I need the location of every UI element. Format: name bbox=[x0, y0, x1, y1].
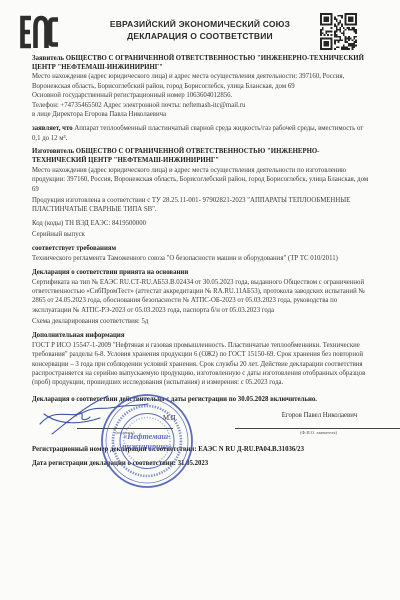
applicant-person: в лице Директора Егорова Павла Николаеви… bbox=[32, 110, 370, 119]
serial-issue: Серийный выпуск bbox=[32, 230, 370, 239]
signee-line bbox=[235, 428, 400, 429]
declares-paragraph: заявляет, что Аппарат теплообменный плас… bbox=[32, 124, 370, 143]
eac-logo-icon bbox=[18, 14, 60, 52]
declaration-document: ЕВРАЗИЙСКИЙ ЭКОНОМИЧЕСКИЙ СОЮЗ ДЕКЛАРАЦИ… bbox=[0, 0, 400, 600]
applicant-address: Место нахождения (адрес юридического лиц… bbox=[32, 72, 370, 91]
page-title: ДЕКЛАРАЦИЯ О СООТВЕТСТВИИ bbox=[64, 30, 336, 42]
scheme: Схема декларирования соответствия: 5д bbox=[32, 317, 370, 326]
product-description: Аппарат теплообменный пластинчатый сварн… bbox=[32, 125, 363, 141]
applicant-name: ОБЩЕСТВО С ОГРАНИЧЕННОЙ ОТВЕТСТВЕННОСТЬЮ… bbox=[32, 55, 364, 71]
manufacturer-name: ОБЩЕСТВО С ОГРАНИЧЕННОЙ ОТВЕТСТВЕННОСТЬЮ… bbox=[32, 148, 319, 164]
applicant-label: Заявитель bbox=[32, 55, 64, 62]
manufacturer-paragraph: Изготовитель ОБЩЕСТВО С ОГРАНИЧЕННОЙ ОТВ… bbox=[32, 147, 370, 166]
signee-name: Егоров Павел Николаевич bbox=[237, 411, 400, 420]
signature-block: М.П. (подпись) Егоров Павел Николаевич (… bbox=[32, 406, 370, 442]
signature-caption: (подпись) bbox=[82, 430, 168, 436]
mp-label: М.П. bbox=[163, 414, 177, 423]
conforms-text: Технического регламента Таможенного союз… bbox=[32, 254, 370, 263]
document-header: ЕВРАЗИЙСКИЙ ЭКОНОМИЧЕСКИЙ СОЮЗ ДЕКЛАРАЦИ… bbox=[64, 0, 336, 43]
validity-statement: Декларация о соответствии действительна … bbox=[32, 395, 370, 404]
additional-info-label: Дополнительная информация bbox=[32, 331, 370, 340]
registration-number: Регистрационный номер декларации о соотв… bbox=[32, 445, 370, 454]
qr-code-icon bbox=[320, 13, 357, 50]
signature-line bbox=[77, 428, 173, 429]
document-body: Заявитель ОБЩЕСТВО С ОГРАНИЧЕННОЙ ОТВЕТС… bbox=[0, 54, 400, 469]
applicant-paragraph: Заявитель ОБЩЕСТВО С ОГРАНИЧЕННОЙ ОТВЕТС… bbox=[32, 54, 370, 73]
basis-label: Декларация о соответствии принята на осн… bbox=[32, 268, 370, 277]
registration-date: Дата регистрации декларации о соответств… bbox=[32, 459, 370, 468]
applicant-ogrn: Основной государственный регистрационный… bbox=[32, 91, 370, 100]
additional-info-text: ГОСТ Р ИСО 15547-1-2009 "Нефтяная и газо… bbox=[32, 341, 370, 388]
tn-ved-code: Код (коды) ТН ВЭД ЕАЭС: 8419500000 bbox=[32, 219, 370, 228]
conforms-label: соответствует требованиям bbox=[32, 244, 370, 253]
manufacturer-label: Изготовитель bbox=[32, 148, 74, 155]
union-title: ЕВРАЗИЙСКИЙ ЭКОНОМИЧЕСКИЙ СОЮЗ bbox=[64, 18, 336, 30]
produced-to: Продукция изготовлена в соответствии с Т… bbox=[32, 196, 370, 215]
signee-caption: (Ф.И.О. заявителя) bbox=[235, 430, 400, 436]
applicant-contacts: Телефон: +74735465502 Адрес электронной … bbox=[32, 101, 370, 110]
declares-label: заявляет, что bbox=[32, 125, 73, 132]
basis-text: Сертификата на тип № ЕАЭС RU.СТ-RU.АБ53.… bbox=[32, 278, 370, 316]
manufacturer-address: Место нахождения (адрес юридического лиц… bbox=[32, 166, 370, 194]
